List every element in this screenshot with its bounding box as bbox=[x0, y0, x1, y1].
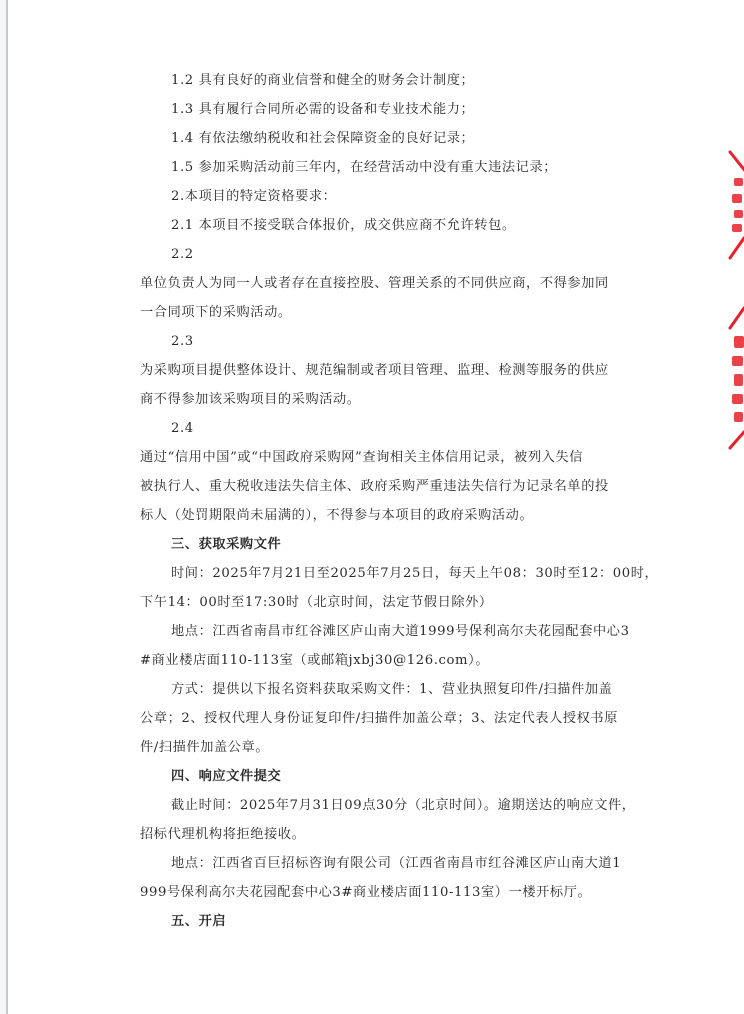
text-line: 999号保利高尔夫花园配套中心3#商业楼店面110-113室）一楼开标厅。 bbox=[140, 878, 610, 907]
section-heading: 五、开启 bbox=[140, 907, 610, 936]
text-line: 公章；2、授权代理人身份证复印件/扫描件加盖公章；3、法定代表人授权书原 bbox=[140, 704, 610, 733]
text-line: 1.5 参加采购活动前三年内，在经营活动中没有重大违法记录； bbox=[140, 153, 610, 182]
text-line: 一合同项下的采购活动。 bbox=[140, 298, 610, 327]
text-line: 2.3 bbox=[140, 327, 610, 356]
text-line: 为采购项目提供整体设计、规范编制或者项目管理、监理、检测等服务的供应 bbox=[140, 356, 610, 385]
text-line: 标人（处罚期限尚未届满的），不得参与本项目的政府采购活动。 bbox=[140, 501, 610, 530]
text-line: 1.4 有依法缴纳税收和社会保障资金的良好记录； bbox=[140, 124, 610, 153]
text-line: 1.2 具有良好的商业信誉和健全的财务会计制度； bbox=[140, 66, 610, 95]
text-line: 地点：江西省百巨招标咨询有限公司（江西省南昌市红谷滩区庐山南大道1 bbox=[140, 849, 610, 878]
section-heading: 三、获取采购文件 bbox=[140, 530, 610, 559]
text-line: 单位负责人为同一人或者存在直接控股、管理关系的不同供应商，不得参加同 bbox=[140, 269, 610, 298]
section-heading: 四、响应文件提交 bbox=[140, 762, 610, 791]
text-line: 1.3 具有履行合同所必需的设备和专业技术能力； bbox=[140, 95, 610, 124]
text-line: 地点：江西省南昌市红谷滩区庐山南大道1999号保利高尔夫花园配套中心3 bbox=[140, 617, 610, 646]
text-line: 截止时间：2025年7月31日09点30分（北京时间）。逾期送达的响应文件， bbox=[140, 791, 610, 820]
text-line: #商业楼店面110-113室（或邮箱jxbj30@126.com）。 bbox=[140, 646, 610, 675]
text-line: 件/扫描件加盖公章。 bbox=[140, 733, 610, 762]
text-line: 方式：提供以下报名资料获取采购文件：1、营业执照复印件/扫描件加盖 bbox=[140, 675, 610, 704]
text-line: 商不得参加该采购项目的采购活动。 bbox=[140, 385, 610, 414]
text-line: 2.本项目的特定资格要求： bbox=[140, 182, 610, 211]
text-line: 2.4 bbox=[140, 414, 610, 443]
text-line: 2.2 bbox=[140, 240, 610, 269]
page-left-edge bbox=[6, 0, 8, 1014]
text-line: 被执行人、重大税收违法失信主体、政府采购严重违法失信行为记录名单的投 bbox=[140, 472, 610, 501]
text-line: 2.1 本项目不接受联合体报价，成交供应商不允许转包。 bbox=[140, 211, 610, 240]
red-seal-icon bbox=[726, 148, 744, 468]
text-line: 时间：2025年7月21日至2025年7月25日，每天上午08：30时至12：0… bbox=[140, 559, 610, 588]
text-line: 通过“信用中国”或“中国政府采购网”查询相关主体信用记录，被列入失信 bbox=[140, 443, 610, 472]
document-page: 1.2 具有良好的商业信誉和健全的财务会计制度； 1.3 具有履行合同所必需的设… bbox=[140, 66, 610, 936]
text-line: 下午14：00时至17:30时（北京时间，法定节假日除外） bbox=[140, 588, 610, 617]
text-line: 招标代理机构将拒绝接收。 bbox=[140, 820, 610, 849]
